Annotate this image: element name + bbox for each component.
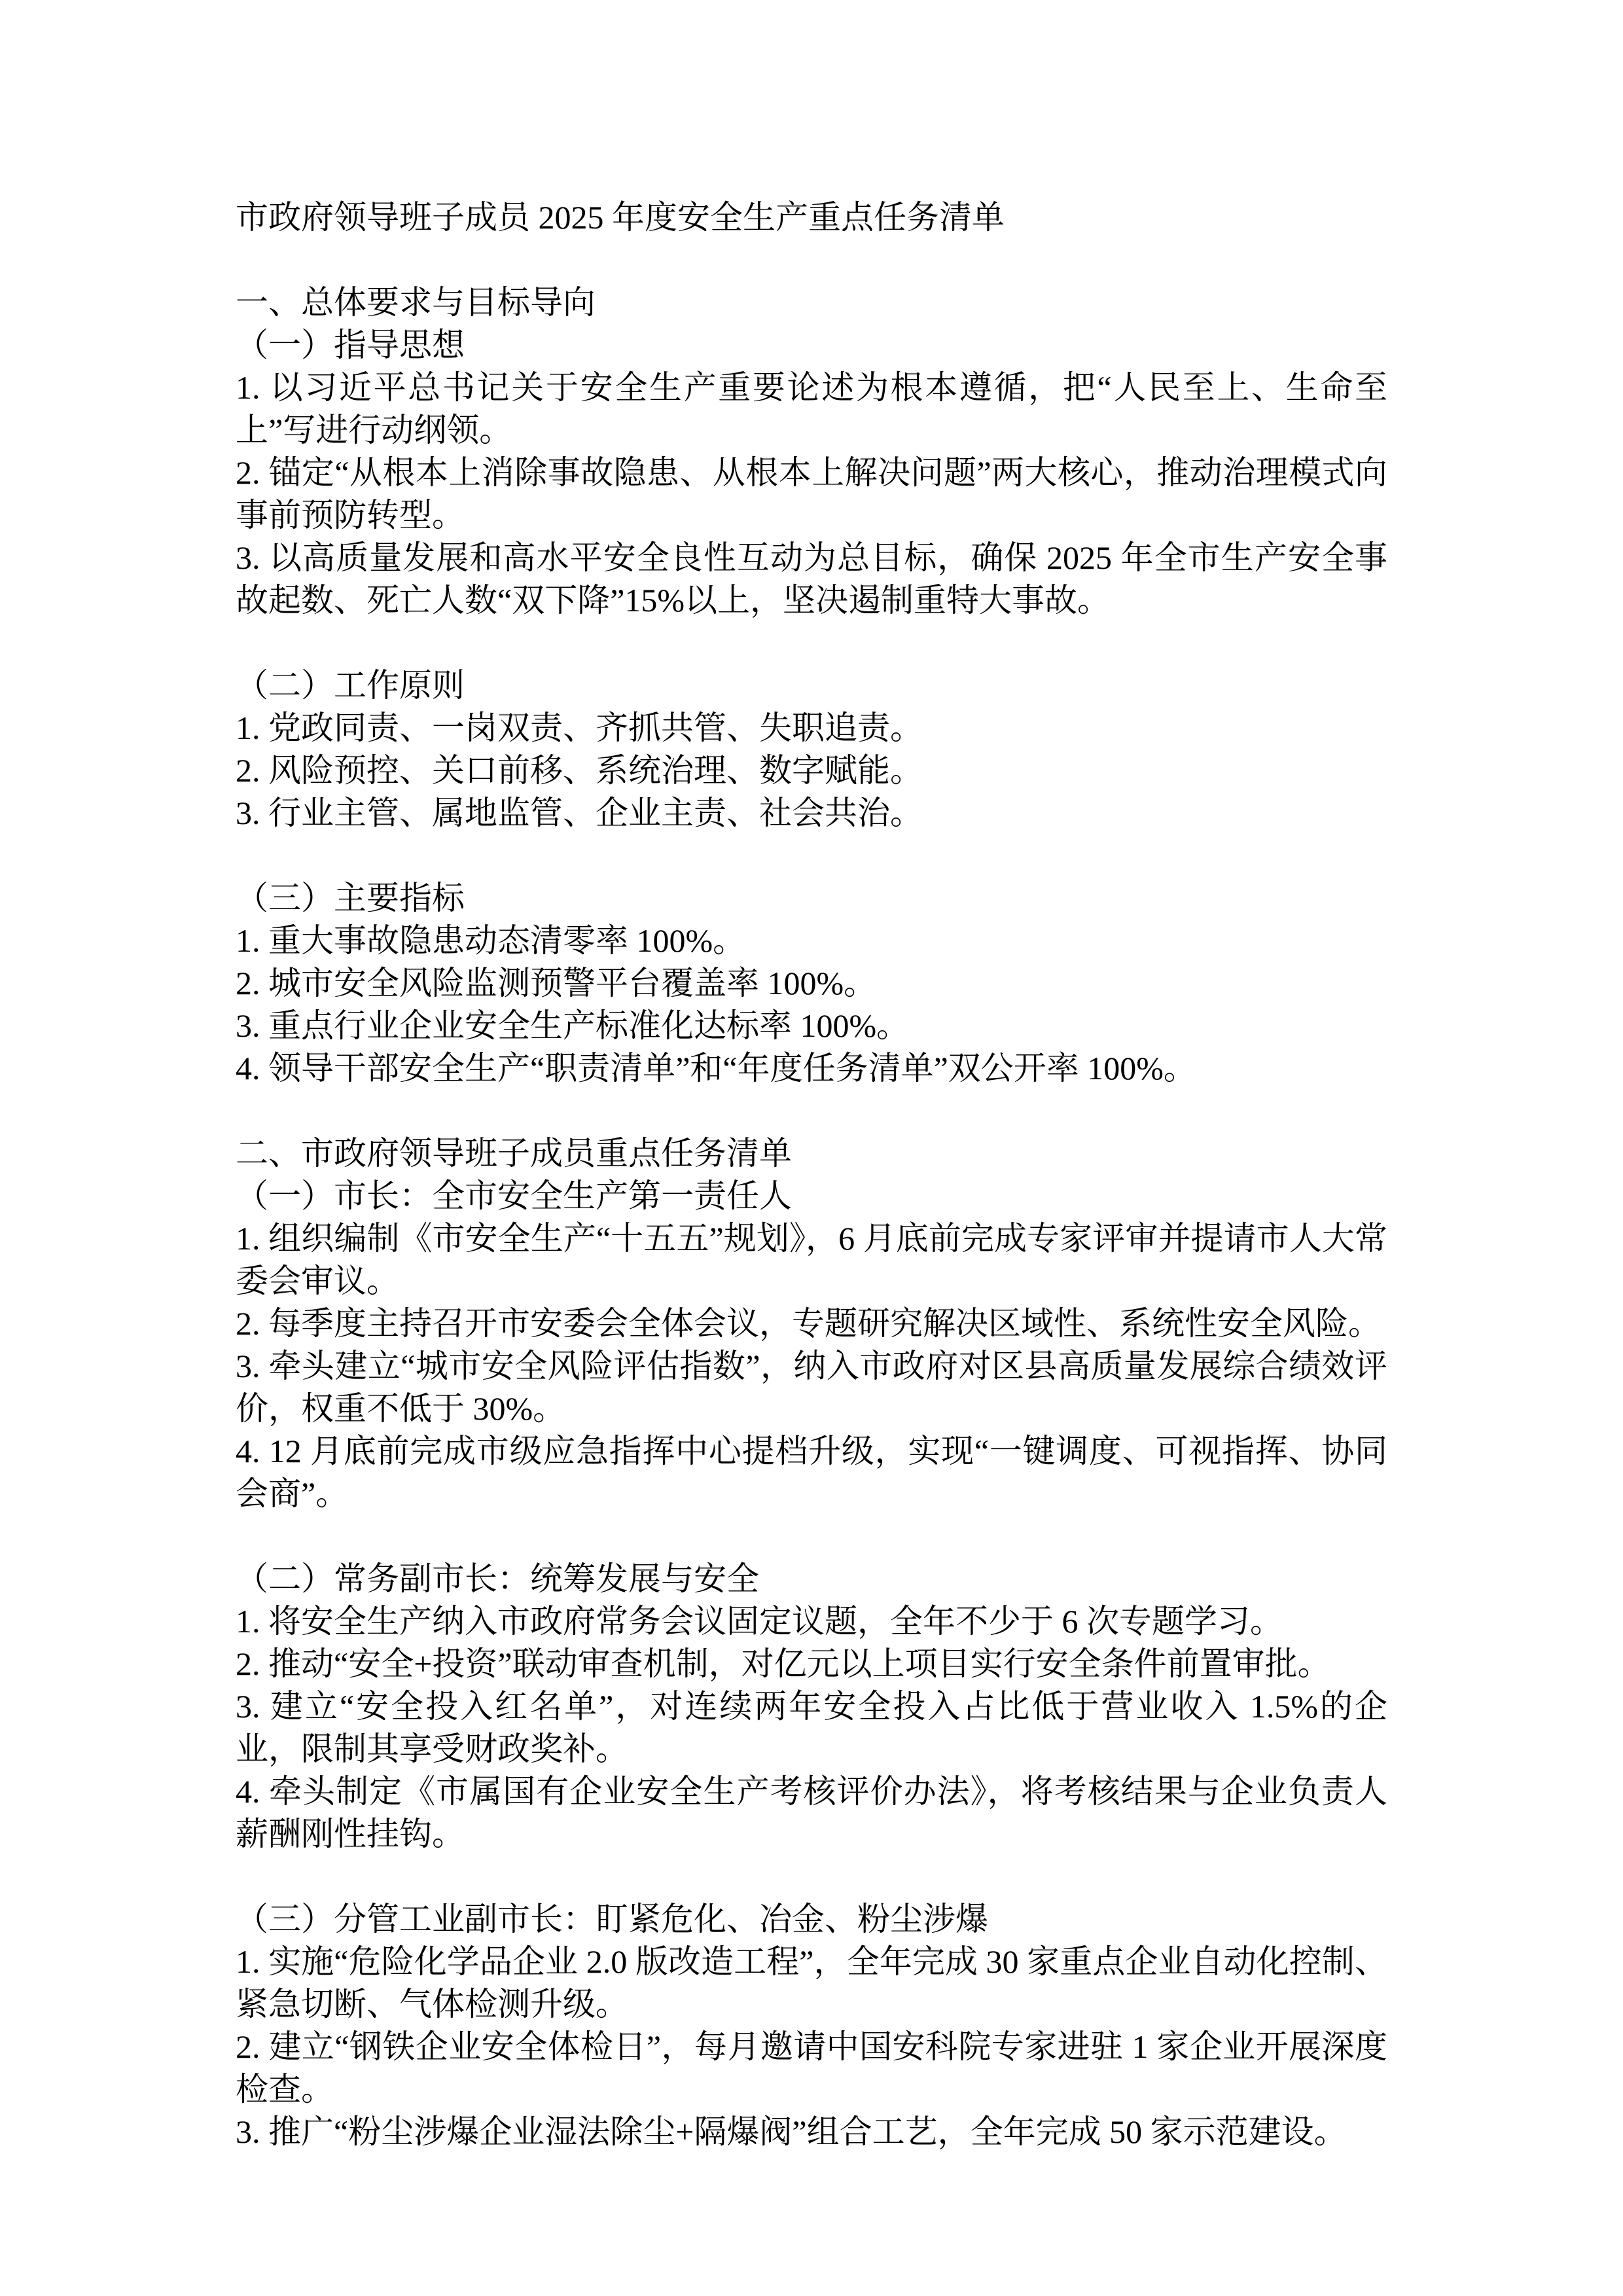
part-1-subsection-1: （一）指导思想 1. 以习近平总书记关于安全生产重要论述为根本遵循，把“人民至上… <box>236 324 1387 622</box>
task-item: 4. 牵头制定《市属国有企业安全生产考核评价办法》，将考核结果与企业负责人薪酬刚… <box>236 1770 1387 1856</box>
task-item: 2. 锚定“从根本上消除事故隐患、从根本上解决问题”两大核心，推动治理模式向事前… <box>236 452 1387 537</box>
task-item: 2. 城市安全风险监测预警平台覆盖率 100%。 <box>236 962 1387 1005</box>
subsection-heading: （一）指导思想 <box>236 324 1387 367</box>
task-item: 2. 建立“钢铁企业安全体检日”，每月邀请中国安科院专家进驻 1 家企业开展深度… <box>236 2026 1387 2111</box>
task-item: 2. 每季度主持召开市安委会全体会议，专题研究解决区域性、系统性安全风险。 <box>236 1302 1387 1345</box>
part-2-subsection-3: （三）分管工业副市长：盯紧危化、冶金、粉尘涉爆 1. 实施“危险化学品企业 2.… <box>236 1898 1387 2153</box>
part-2-subsection-2: （二）常务副市长：统筹发展与安全 1. 将安全生产纳入市政府常务会议固定议题，全… <box>236 1558 1387 1856</box>
subsection-heading: （三）分管工业副市长：盯紧危化、冶金、粉尘涉爆 <box>236 1898 1387 1941</box>
task-item: 3. 推广“粉尘涉爆企业湿法除尘+隔爆阀”组合工艺，全年完成 50 家示范建设。 <box>236 2111 1387 2153</box>
task-item: 1. 实施“危险化学品企业 2.0 版改造工程”，全年完成 30 家重点企业自动… <box>236 1941 1387 2026</box>
part-1-heading: 一、总体要求与目标导向 <box>236 281 1387 324</box>
part-2: 二、市政府领导班子成员重点任务清单 （一）市长：全市安全生产第一责任人 1. 组… <box>236 1132 1387 2153</box>
document-content: 市政府领导班子成员 2025 年度安全生产重点任务清单 一、总体要求与目标导向 … <box>236 196 1387 2153</box>
subsection-heading: （一）市长：全市安全生产第一责任人 <box>236 1175 1387 1217</box>
task-item: 3. 行业主管、属地监管、企业主责、社会共治。 <box>236 792 1387 834</box>
document-title: 市政府领导班子成员 2025 年度安全生产重点任务清单 <box>236 196 1387 239</box>
task-item: 1. 以习近平总书记关于安全生产重要论述为根本遵循，把“人民至上、生命至上”写进… <box>236 367 1387 452</box>
task-item: 1. 党政同责、一岗双责、齐抓共管、失职追责。 <box>236 707 1387 749</box>
part-2-heading: 二、市政府领导班子成员重点任务清单 <box>236 1132 1387 1175</box>
task-item: 3. 牵头建立“城市安全风险评估指数”，纳入市政府对区县高质量发展综合绩效评价，… <box>236 1345 1387 1430</box>
subsection-heading: （三）主要指标 <box>236 877 1387 920</box>
part-1: 一、总体要求与目标导向 （一）指导思想 1. 以习近平总书记关于安全生产重要论述… <box>236 281 1387 1090</box>
document-page: 市政府领导班子成员 2025 年度安全生产重点任务清单 一、总体要求与目标导向 … <box>0 0 1623 2296</box>
task-item: 2. 风险预控、关口前移、系统治理、数字赋能。 <box>236 749 1387 792</box>
task-item: 3. 重点行业企业安全生产标准化达标率 100%。 <box>236 1005 1387 1047</box>
task-item: 1. 组织编制《市安全生产“十五五”规划》，6 月底前完成专家评审并提请市人大常… <box>236 1217 1387 1302</box>
task-item: 1. 重大事故隐患动态清零率 100%。 <box>236 920 1387 962</box>
task-item: 3. 以高质量发展和高水平安全良性互动为总目标，确保 2025 年全市生产安全事… <box>236 537 1387 622</box>
subsection-heading: （二）常务副市长：统筹发展与安全 <box>236 1558 1387 1600</box>
part-1-subsection-2: （二）工作原则 1. 党政同责、一岗双责、齐抓共管、失职追责。 2. 风险预控、… <box>236 664 1387 834</box>
task-item: 3. 建立“安全投入红名单”，对连续两年安全投入占比低于营业收入 1.5%的企业… <box>236 1685 1387 1770</box>
task-item: 4. 12 月底前完成市级应急指挥中心提档升级，实现“一键调度、可视指挥、协同会… <box>236 1430 1387 1515</box>
task-item: 4. 领导干部安全生产“职责清单”和“年度任务清单”双公开率 100%。 <box>236 1047 1387 1090</box>
task-item: 2. 推动“安全+投资”联动审查机制，对亿元以上项目实行安全条件前置审批。 <box>236 1643 1387 1685</box>
subsection-heading: （二）工作原则 <box>236 664 1387 707</box>
part-2-subsection-1: （一）市长：全市安全生产第一责任人 1. 组织编制《市安全生产“十五五”规划》，… <box>236 1175 1387 1515</box>
task-item: 1. 将安全生产纳入市政府常务会议固定议题，全年不少于 6 次专题学习。 <box>236 1600 1387 1643</box>
part-1-subsection-3: （三）主要指标 1. 重大事故隐患动态清零率 100%。 2. 城市安全风险监测… <box>236 877 1387 1090</box>
